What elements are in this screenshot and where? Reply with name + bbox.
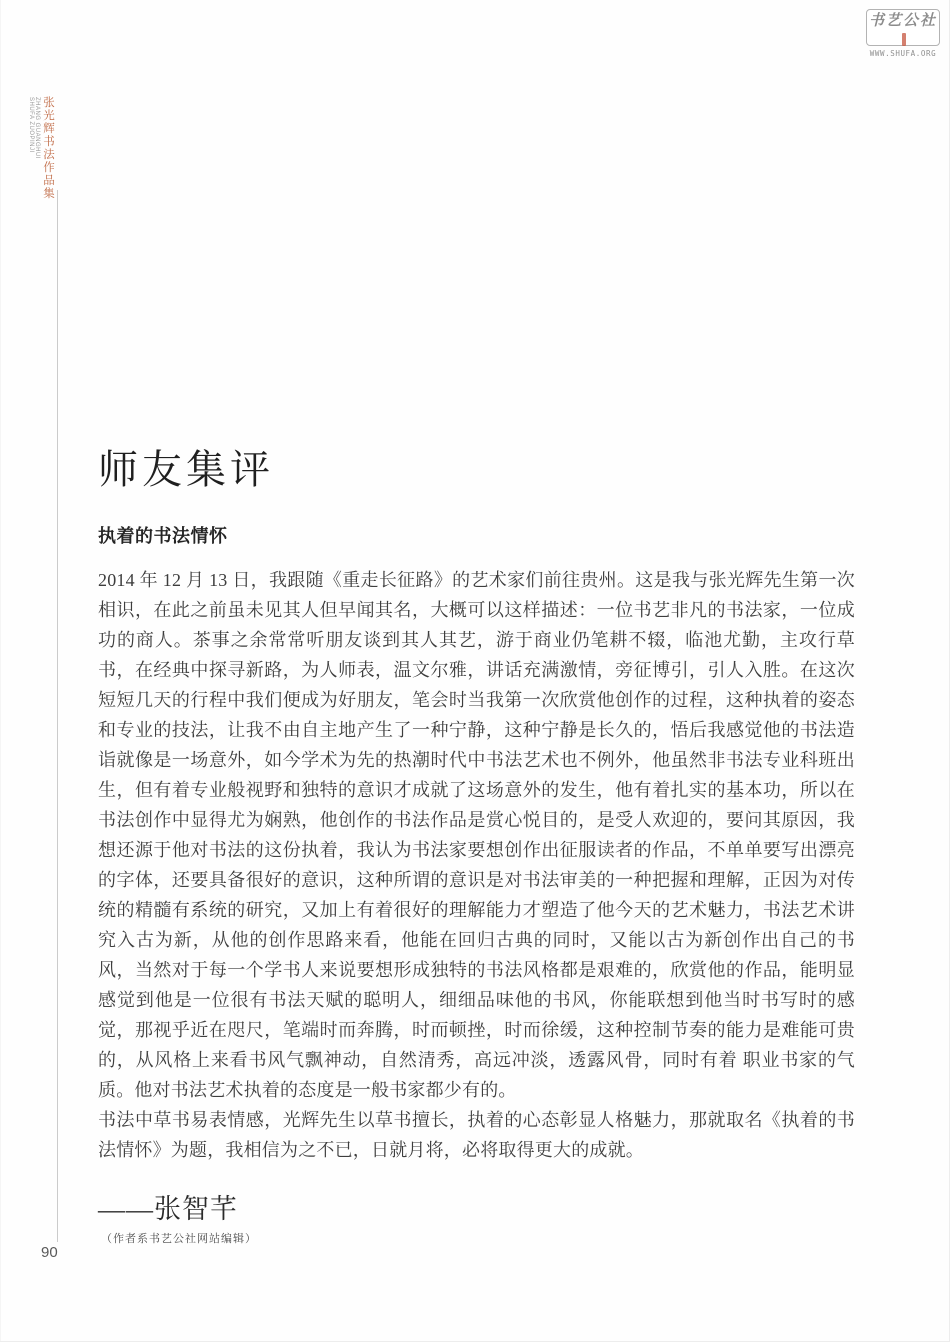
left-margin-rule xyxy=(57,190,58,1242)
book-title-chinese: 张光辉书法作品集 xyxy=(40,96,56,216)
article-paragraph-2: 书法中草书易表情感，光辉先生以草书擅长，执着的心态彰显人格魅力，那就取名《执着的… xyxy=(98,1105,855,1165)
article-body: 2014 年 12 月 13 日，我跟随《重走长征路》的艺术家们前往贵州。这是我… xyxy=(98,565,855,1165)
article-title: 师友集评 xyxy=(98,446,855,494)
shufa-org-logo: 书艺公社 WWW.SHUFA.ORG xyxy=(866,9,940,46)
article: 师友集评 执着的书法情怀 2014 年 12 月 13 日，我跟随《重走长征路》… xyxy=(98,446,855,1246)
logo-url-text: WWW.SHUFA.ORG xyxy=(867,49,939,58)
red-seal-icon xyxy=(902,33,906,46)
logo-calligraphy-text: 书艺公社 xyxy=(869,12,937,30)
scanned-book-page: 书艺公社 WWW.SHUFA.ORG 张光辉书法作品集 ZHANG GUANGH… xyxy=(0,0,950,1342)
author-signature: ——张智芊 xyxy=(98,1193,855,1225)
vertical-book-title: 张光辉书法作品集 ZHANG GUANGHUI SHUFA ZUOPINJI xyxy=(28,96,56,216)
article-paragraph-1: 2014 年 12 月 13 日，我跟随《重走长征路》的艺术家们前往贵州。这是我… xyxy=(98,565,855,1105)
page-number: 90 xyxy=(41,1244,58,1261)
article-subtitle: 执着的书法情怀 xyxy=(98,524,855,548)
author-signature-note: （作者系书艺公社网站编辑） xyxy=(101,1230,855,1246)
